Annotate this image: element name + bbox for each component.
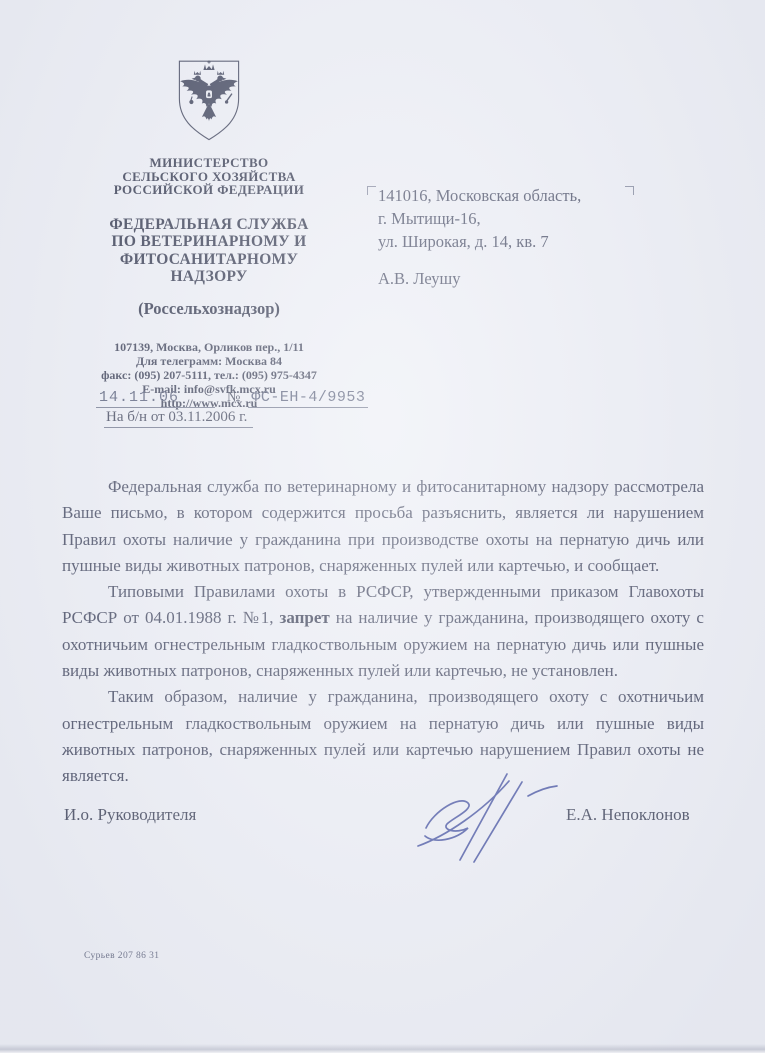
recipient-name: А.В. Леушу xyxy=(378,267,620,290)
scanned-letter-page: МИНИСТЕРСТВО СЕЛЬСКОГО ХОЗЯЙСТВА РОССИЙС… xyxy=(0,0,765,1053)
emphasized-word: запрет xyxy=(279,608,329,627)
recipient-address-block: 141016, Московская область, г. Мытищи-16… xyxy=(378,184,620,290)
recipient-address-line: ул. Широкая, д. 14, кв. 7 xyxy=(378,230,620,253)
signer-position-title: И.о. Руководителя xyxy=(64,805,196,825)
postal-address: 107139, Москва, Орликов пер., 1/11 xyxy=(36,340,382,354)
ministry-line: МИНИСТЕРСТВО xyxy=(36,156,382,170)
address-corner-right-mark xyxy=(625,186,634,195)
body-paragraph-3: Таким образом, наличие у гражданина, про… xyxy=(62,684,704,789)
service-line: НАДЗОРУ xyxy=(36,268,382,286)
signer-name: Е.А. Непоклонов xyxy=(566,805,690,825)
body-paragraph-1: Федеральная служба по ветеринарному и фи… xyxy=(62,474,704,579)
phone-fax: факс: (095) 207-5111, тел.: (095) 975-43… xyxy=(36,368,382,382)
address-corner-left-mark xyxy=(367,186,376,195)
executor-contact-line: Сурьев 207 86 31 xyxy=(84,951,159,961)
coat-of-arms-icon xyxy=(169,56,249,148)
outgoing-date: 14.11.06 xyxy=(96,389,215,408)
service-line: ФЕДЕРАЛЬНАЯ СЛУЖБА xyxy=(36,216,382,234)
service-name: ФЕДЕРАЛЬНАЯ СЛУЖБА ПО ВЕТЕРИНАРНОМУ И ФИ… xyxy=(36,216,382,286)
outgoing-ref-line: 14.11.06№ФС-ЕН-4/9953 xyxy=(96,388,368,406)
reply-to-line: На б/н от 03.11.2006 г. xyxy=(104,409,253,428)
body-paragraph-2: Типовыми Правилами охоты в РСФСР, утверж… xyxy=(62,579,704,684)
scan-edge xyxy=(0,1044,765,1053)
ministry-line: СЕЛЬСКОГО ХОЗЯЙСТВА xyxy=(36,170,382,184)
telegram-address: Для телеграмм: Москва 84 xyxy=(36,354,382,368)
number-sign: № xyxy=(227,390,240,405)
ministry-line: РОССИЙСКОЙ ФЕДЕРАЦИИ xyxy=(36,183,382,197)
service-line: ПО ВЕТЕРИНАРНОМУ И xyxy=(36,233,382,251)
service-line: ФИТОСАНИТАРНОМУ xyxy=(36,251,382,269)
recipient-address-line: 141016, Московская область, xyxy=(378,184,620,207)
paragraph-text: Федеральная служба по ветеринарному и фи… xyxy=(62,477,704,575)
ministry-name: МИНИСТЕРСТВО СЕЛЬСКОГО ХОЗЯЙСТВА РОССИЙС… xyxy=(36,156,382,197)
emblem-wrap xyxy=(36,56,382,148)
letter-body: Федеральная служба по ветеринарному и фи… xyxy=(62,474,704,790)
recipient-address-line: г. Мытищи-16, xyxy=(378,207,620,230)
outgoing-number: ФС-ЕН-4/9953 xyxy=(248,389,368,408)
handwritten-signature-icon xyxy=(410,766,562,866)
service-short-name: (Россельхознадзор) xyxy=(36,299,382,319)
letterhead: МИНИСТЕРСТВО СЕЛЬСКОГО ХОЗЯЙСТВА РОССИЙС… xyxy=(36,56,382,410)
paragraph-text: Таким образом, наличие у гражданина, про… xyxy=(62,687,704,785)
